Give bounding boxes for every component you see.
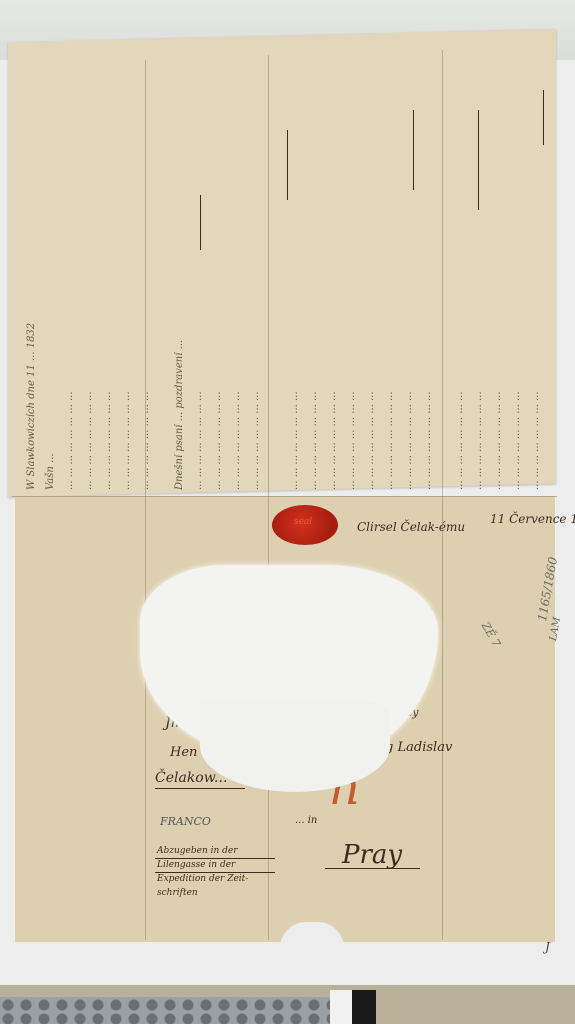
handwriting-column-4: ... ... ... ... ... ... ... ... ... ... … [450,70,545,490]
underline [155,788,245,789]
handwriting-column-2: Dnešní psaní ... pozdravení ... ... ... … [170,70,265,490]
fold-line [12,496,557,497]
stamp-line: Lilengasse in der [157,860,235,870]
underline-mark [478,110,479,210]
addressee-note: Clirsel Čelak-ému [357,520,465,534]
fold-line [268,55,269,940]
handwriting-column-1: W Slawkowiczích dne 11 ... 1832 Vašn ...… [22,70,155,490]
stamp-line: Expedition der Zeit- [157,874,248,884]
underline [155,872,275,873]
tissue-repair-patch [200,700,390,792]
underline-mark [200,195,201,250]
destination-city: Pray [342,840,402,870]
address-line: ... in [295,815,317,826]
underline-mark [287,130,288,200]
underline-mark [543,90,544,145]
date-note: 11 Července 1832 [490,512,575,526]
underline-mark [413,110,414,190]
fold-line [442,50,443,940]
bubble-wrap [0,997,330,1024]
black-clip [352,990,376,1024]
red-wax-seal: seal [272,505,338,545]
stamp-line: schriften [157,888,198,898]
stamp-line: Abzugeben in der [157,846,238,856]
postal-stamp: FRANCO [160,815,211,828]
underline [325,868,420,869]
corner-mark: J [545,940,550,954]
underline [155,858,275,859]
handwriting-column-3: ... ... ... ... ... ... ... ... ... ... … [285,70,437,490]
